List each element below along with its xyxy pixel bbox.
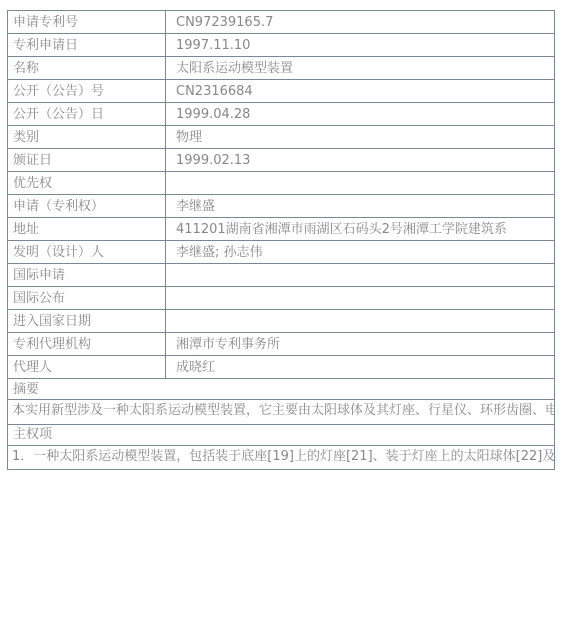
field-value: CN2316684 <box>166 80 555 103</box>
table-row: 地址411201湖南省湘潭市雨湖区石码头2号湘潭工学院建筑系 <box>8 218 555 241</box>
patent-record-page: 申请专利号CN97239165.7专利申请日1997.11.10名称太阳系运动模… <box>0 0 563 625</box>
table-row: 公开（公告）号CN2316684 <box>8 80 555 103</box>
field-value: 物理 <box>166 126 555 149</box>
table-row: 专利代理机构湘潭市专利事务所 <box>8 333 555 356</box>
field-label: 专利代理机构 <box>8 333 166 356</box>
field-label: 颁证日 <box>8 149 166 172</box>
abstract-text: 本实用新型涉及一种太阳系运动模型装置，它主要由太阳球体及其灯座、行星仪、环形齿圈… <box>8 400 555 425</box>
table-row: 名称太阳系运动模型装置 <box>8 57 555 80</box>
claims-title-row: 主权项 <box>8 424 555 445</box>
table-row: 申请专利号CN97239165.7 <box>8 11 555 34</box>
claims-text-row: 1．一种太阳系运动模型装置，包括装于底座[19]上的灯座[21]、装于灯座上的太… <box>8 445 555 470</box>
field-label: 名称 <box>8 57 166 80</box>
field-value: 太阳系运动模型装置 <box>166 57 555 80</box>
table-row: 专利申请日1997.11.10 <box>8 34 555 57</box>
field-label: 地址 <box>8 218 166 241</box>
patent-section-rows: 摘要 本实用新型涉及一种太阳系运动模型装置，它主要由太阳球体及其灯座、行星仪、环… <box>8 379 555 470</box>
claims-text: 1．一种太阳系运动模型装置，包括装于底座[19]上的灯座[21]、装于灯座上的太… <box>8 445 555 470</box>
field-label: 公开（公告）号 <box>8 80 166 103</box>
field-label: 优先权 <box>8 172 166 195</box>
table-row: 公开（公告）日1999.04.28 <box>8 103 555 126</box>
field-value: 湘潭市专利事务所 <box>166 333 555 356</box>
table-row: 优先权 <box>8 172 555 195</box>
field-value <box>166 264 555 287</box>
field-label: 代理人 <box>8 356 166 379</box>
table-row: 发明（设计）人李继盛; 孙志伟 <box>8 241 555 264</box>
abstract-title-row: 摘要 <box>8 379 555 400</box>
table-row: 申请（专利权）李继盛 <box>8 195 555 218</box>
field-label: 类别 <box>8 126 166 149</box>
field-value: 成晓红 <box>166 356 555 379</box>
field-value <box>166 287 555 310</box>
field-label: 公开（公告）日 <box>8 103 166 126</box>
table-row: 国际申请 <box>8 264 555 287</box>
claims-section-title: 主权项 <box>8 424 555 445</box>
field-label: 国际公布 <box>8 287 166 310</box>
table-row: 进入国家日期 <box>8 310 555 333</box>
field-value: CN97239165.7 <box>166 11 555 34</box>
table-row: 国际公布 <box>8 287 555 310</box>
table-row: 代理人成晓红 <box>8 356 555 379</box>
field-value: 411201湖南省湘潭市雨湖区石码头2号湘潭工学院建筑系 <box>166 218 555 241</box>
field-value: 李继盛; 孙志伟 <box>166 241 555 264</box>
field-label: 进入国家日期 <box>8 310 166 333</box>
field-label: 专利申请日 <box>8 34 166 57</box>
patent-info-table: 申请专利号CN97239165.7专利申请日1997.11.10名称太阳系运动模… <box>7 10 555 470</box>
field-value: 1999.04.28 <box>166 103 555 126</box>
field-value: 1997.11.10 <box>166 34 555 57</box>
field-label: 发明（设计）人 <box>8 241 166 264</box>
field-label: 国际申请 <box>8 264 166 287</box>
abstract-text-row: 本实用新型涉及一种太阳系运动模型装置，它主要由太阳球体及其灯座、行星仪、环形齿圈… <box>8 400 555 425</box>
field-value: 1999.02.13 <box>166 149 555 172</box>
field-label: 申请专利号 <box>8 11 166 34</box>
field-value <box>166 310 555 333</box>
field-value: 李继盛 <box>166 195 555 218</box>
patent-field-rows: 申请专利号CN97239165.7专利申请日1997.11.10名称太阳系运动模… <box>8 11 555 379</box>
abstract-section-title: 摘要 <box>8 379 555 400</box>
field-value <box>166 172 555 195</box>
table-row: 类别物理 <box>8 126 555 149</box>
field-label: 申请（专利权） <box>8 195 166 218</box>
table-row: 颁证日1999.02.13 <box>8 149 555 172</box>
